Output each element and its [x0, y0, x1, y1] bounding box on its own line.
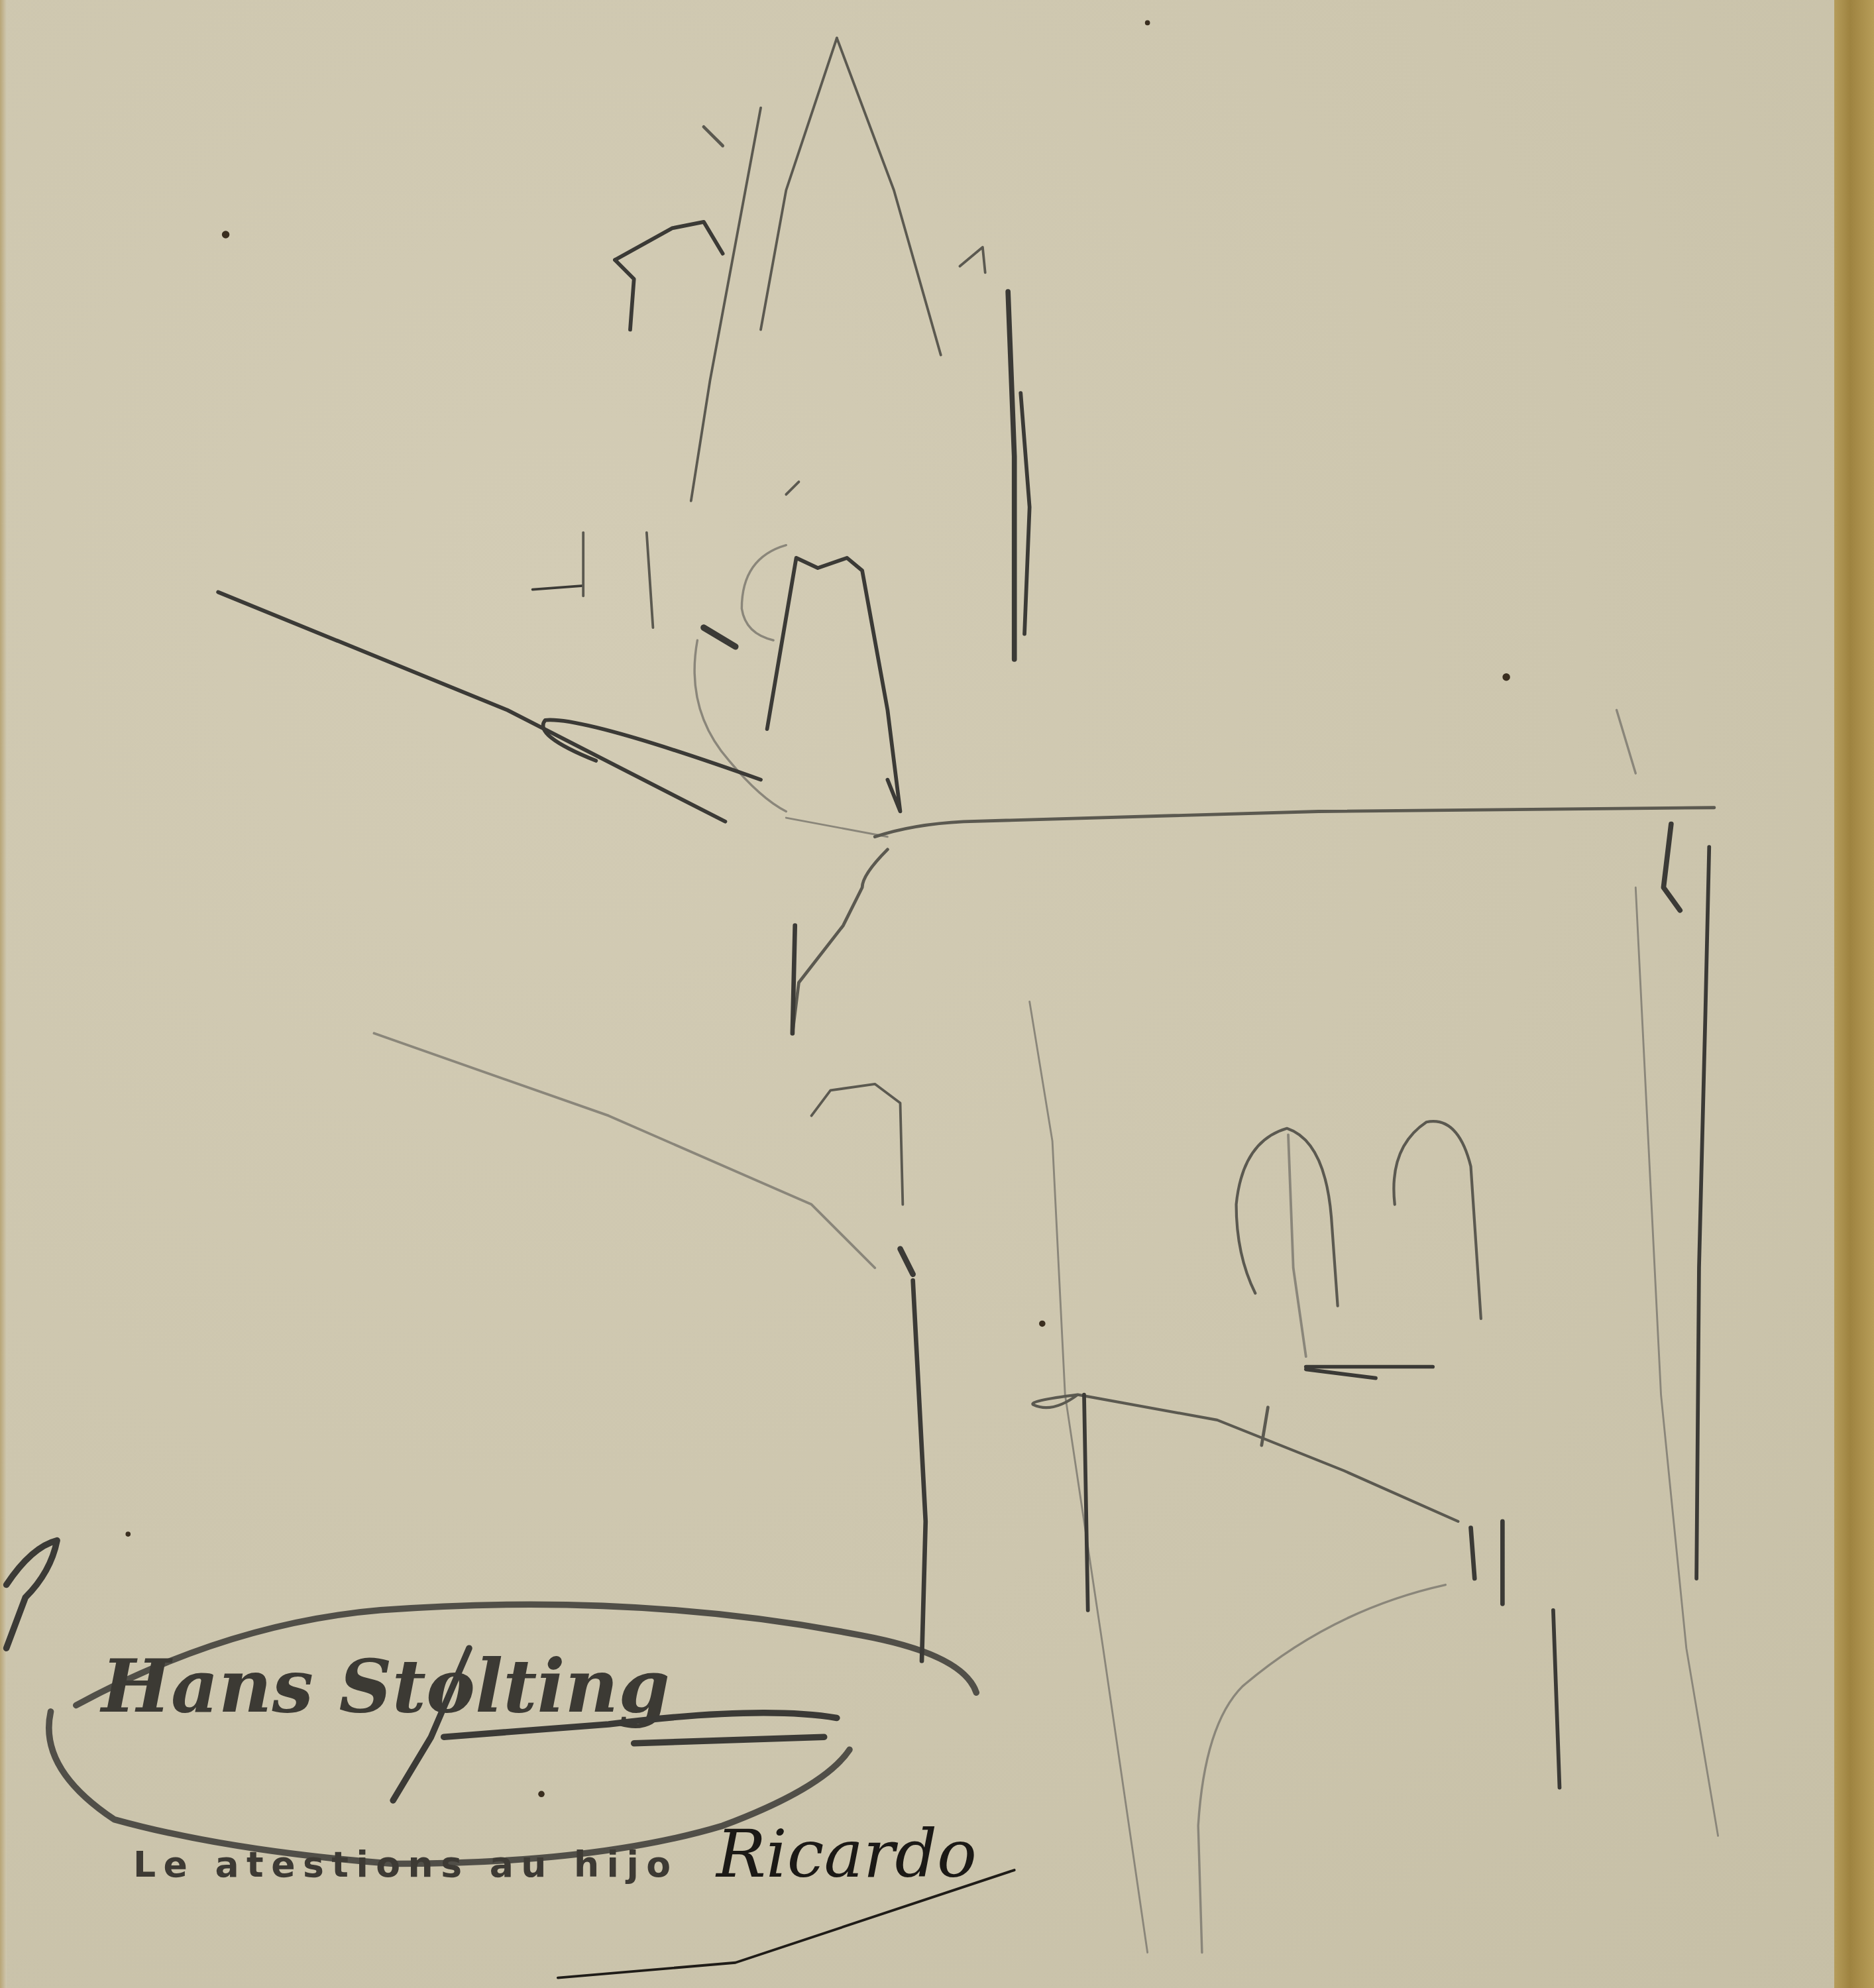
- roof-lines: [218, 592, 887, 1268]
- caption-area: Le atestions au hijo Ricardo: [133, 1816, 1015, 1978]
- stamp-signature: Hans Stolting: [99, 1643, 670, 1730]
- edge-scribble: [7, 1541, 58, 1649]
- paper-specks: [125, 21, 1510, 1797]
- ink-signature: Ricardo: [715, 1816, 977, 1893]
- tower-sketch: [533, 38, 1030, 811]
- stamped-caption: Le atestions au hijo: [133, 1844, 679, 1885]
- facade-sketch: [793, 710, 1718, 1952]
- paper-sheet: Hans Stolting Le atestions au hijo Ricar…: [0, 0, 1874, 1988]
- sketch-drawing: Hans Stolting Le atestions au hijo Ricar…: [0, 0, 1874, 1988]
